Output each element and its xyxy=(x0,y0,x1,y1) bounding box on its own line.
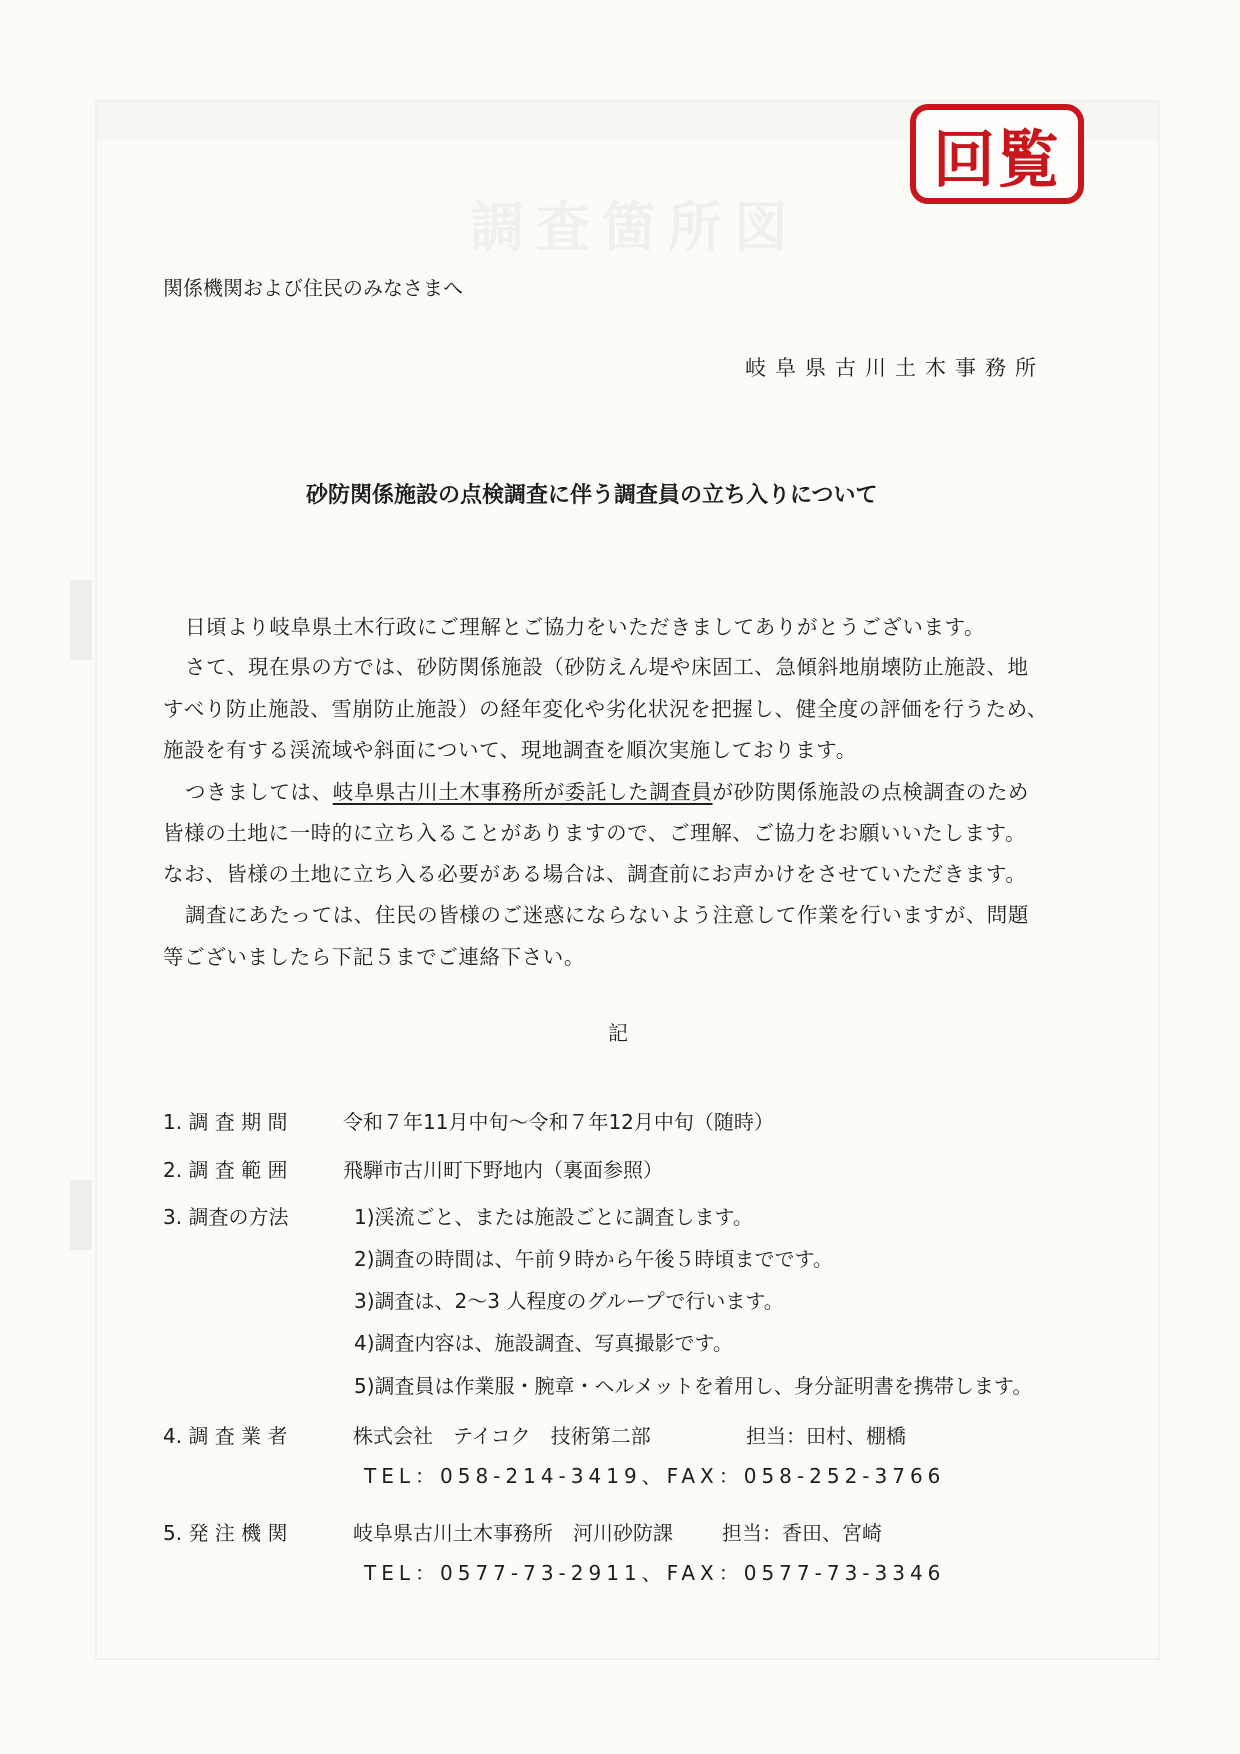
body-line: 調査にあたっては、住民の皆様のご迷惑にならないよう注意して作業を行いますが、問題 xyxy=(185,898,1029,928)
document-title: 砂防関係施設の点検調査に伴う調査員の立ち入りについて xyxy=(306,478,878,509)
body-line: つきましては、岐阜県古川土木事務所が委託した調査員が砂防関係施設の点検調査のため xyxy=(185,775,1029,805)
survey-method-line: 5)調査員は作業服・腕章・ヘルメットを着用し、身分証明書を携帯します。 xyxy=(354,1370,1032,1399)
body-line-suffix: が砂防関係施設の点検調査のため xyxy=(713,780,1030,804)
body-line: さて、現在県の方では、砂防関係施設（砂防えん堤や床固工、急傾斜地崩壊防止施設、地 xyxy=(185,650,1029,680)
reverse-side-showthrough-mark xyxy=(70,1180,92,1250)
addressee: 関係機関および住民のみなさまへ xyxy=(163,272,463,301)
body-line: 日頃より岐阜県土木行政にご理解とご協力をいただきましてありがとうございます。 xyxy=(185,610,985,640)
item-label-contractor: 4. 調 査 業 者 xyxy=(163,1420,288,1449)
item-label-survey-method: 3. 調査の方法 xyxy=(163,1201,288,1230)
contractor-company: 株式会社 テイコク 技術第二部 xyxy=(353,1420,651,1449)
body-line: 皆様の土地に一時的に立ち入ることがありますので、ご理解、ご協力をお願いいたします… xyxy=(163,816,1026,846)
body-line: 施設を有する渓流域や斜面について、現地調査を順次実施しております。 xyxy=(163,733,857,763)
survey-method-line: 4)調査内容は、施設調査、写真撮影です。 xyxy=(354,1327,733,1356)
ordering-agency-contact: 担当：香田、宮崎 xyxy=(722,1517,882,1546)
body-line-prefix: つきましては、 xyxy=(185,780,333,804)
survey-method-line: 1)渓流ごと、または施設ごとに調査します。 xyxy=(354,1201,753,1230)
survey-method-line: 2)調査の時間は、午前９時から午後５時頃までです。 xyxy=(354,1243,833,1272)
item-value-survey-area: 飛騨市古川町下野地内（裏面参照） xyxy=(343,1154,663,1183)
body-line: すべり防止施設、雪崩防止施設）の経年変化や劣化状況を把握し、健全度の評価を行うた… xyxy=(163,692,1048,722)
item-value-survey-period: 令和７年11月中旬～令和７年12月中旬（随時） xyxy=(343,1106,774,1135)
notes-heading: 記 xyxy=(608,1017,628,1046)
body-line: なお、皆様の土地に立ち入る必要がある場合は、調査前にお声かけをさせていただきます… xyxy=(163,857,1026,887)
circulation-stamp: 回覧 xyxy=(910,104,1084,204)
ordering-agency: 岐阜県古川土木事務所 河川砂防課 xyxy=(353,1517,673,1546)
contractor-contact: 担当：田村、棚橋 xyxy=(746,1420,906,1449)
circulation-stamp-label: 回覧 xyxy=(933,110,1061,199)
item-label-survey-area: 2. 調 査 範 囲 xyxy=(163,1154,288,1183)
body-line: 等ございましたら下記５までご連絡下さい。 xyxy=(163,940,585,970)
ordering-agency-phone: TEL：0577-73-2911、FAX：0577-73-3346 xyxy=(364,1557,945,1586)
body-line-underlined-entity: 岐阜県古川土木事務所が委託した調査員 xyxy=(333,780,713,804)
item-label-survey-period: 1. 調 査 期 間 xyxy=(163,1106,288,1135)
reverse-side-showthrough-title: 調査箇所図 xyxy=(470,185,800,262)
sender-office: 岐阜県古川土木事務所 xyxy=(745,352,1045,382)
contractor-phone: TEL：058-214-3419、FAX：058-252-3766 xyxy=(364,1460,945,1489)
reverse-side-showthrough-mark xyxy=(70,580,92,660)
item-label-ordering-agency: 5. 発 注 機 関 xyxy=(163,1517,288,1546)
survey-method-line: 3)調査は、2～3 人程度のグループで行います。 xyxy=(354,1285,784,1314)
